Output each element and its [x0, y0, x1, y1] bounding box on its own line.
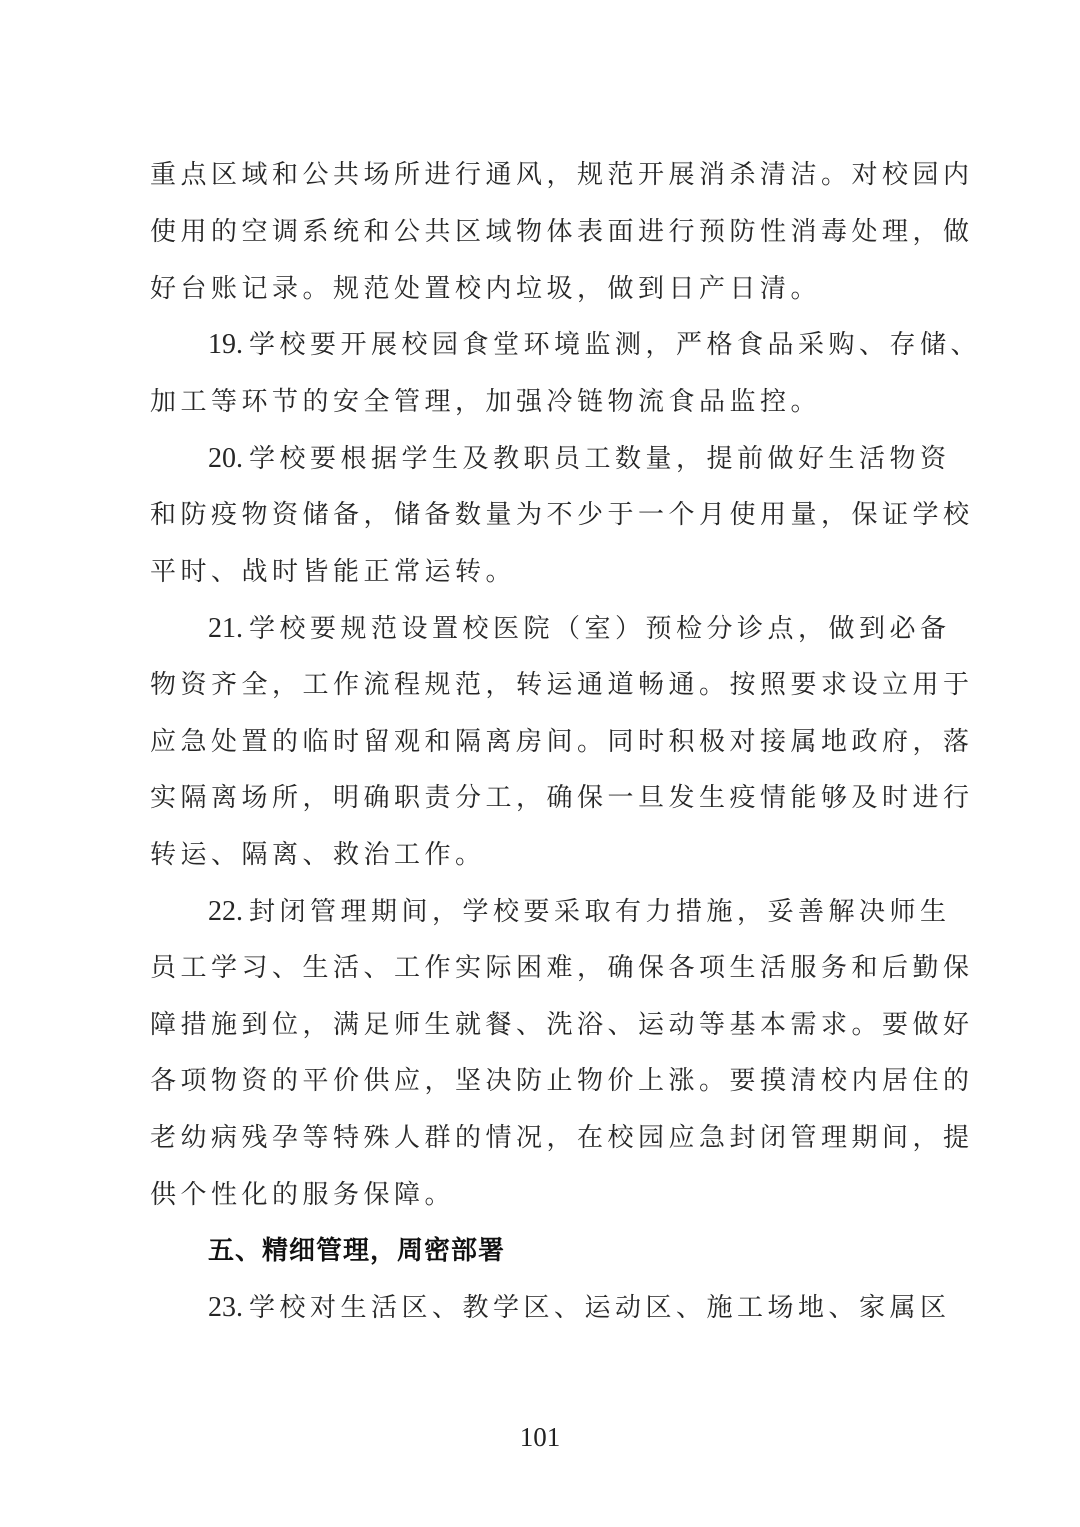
paragraph-text: 学校对生活区、教学区、运动区、施工场地、家属区	[249, 1293, 951, 1323]
item-number: 20.	[208, 443, 243, 474]
paragraph-text: 学校要规范设置校医院（室）预检分诊点，做到必备	[249, 614, 951, 644]
paragraph-line: 和防疫物资储备，储备数量为不少于一个月使用量，保证学校	[150, 495, 946, 535]
item-number: 23.	[208, 1292, 243, 1323]
paragraph-text: 封闭管理期间，学校要采取有力措施，妥善解决师生	[249, 897, 951, 927]
paragraph-21-first-line: 21.学校要规范设置校医院（室）预检分诊点，做到必备	[208, 609, 946, 649]
paragraph-23-first-line: 23.学校对生活区、教学区、运动区、施工场地、家属区	[208, 1288, 946, 1328]
item-number: 22.	[208, 896, 243, 927]
paragraph-line: 员工学习、生活、工作实际困难，确保各项生活服务和后勤保	[150, 948, 946, 988]
paragraph-line: 实隔离场所，明确职责分工，确保一旦发生疫情能够及时进行	[150, 778, 946, 818]
paragraph-line: 转运、隔离、救治工作。	[150, 835, 946, 875]
paragraph-line: 老幼病残孕等特殊人群的情况，在校园应急封闭管理期间，提	[150, 1118, 946, 1158]
item-number: 19.	[208, 329, 243, 360]
paragraph-line: 好台账记录。规范处置校内垃圾，做到日产日清。	[150, 269, 946, 309]
page-number: 101	[0, 1422, 1080, 1453]
paragraph-line: 重点区域和公共场所进行通风，规范开展消杀清洁。对校园内	[150, 155, 946, 195]
paragraph-line: 使用的空调系统和公共区域物体表面进行预防性消毒处理，做	[150, 212, 946, 252]
paragraph-19-first-line: 19.学校要开展校园食堂环境监测，严格食品采购、存储、	[208, 325, 946, 365]
paragraph-line: 平时、战时皆能正常运转。	[150, 552, 946, 592]
section-heading: 五、精细管理，周密部署	[208, 1231, 505, 1271]
paragraph-22-first-line: 22.封闭管理期间，学校要采取有力措施，妥善解决师生	[208, 892, 946, 932]
paragraph-text: 学校要开展校园食堂环境监测，严格食品采购、存储、	[249, 330, 981, 360]
paragraph-line: 各项物资的平价供应，坚决防止物价上涨。要摸清校内居住的	[150, 1061, 946, 1101]
paragraph-line: 供个性化的服务保障。	[150, 1175, 946, 1215]
item-number: 21.	[208, 613, 243, 644]
paragraph-20-first-line: 20.学校要根据学生及教职员工数量，提前做好生活物资	[208, 439, 946, 479]
paragraph-line: 障措施到位，满足师生就餐、洗浴、运动等基本需求。要做好	[150, 1005, 946, 1045]
paragraph-line: 物资齐全，工作流程规范，转运通道畅通。按照要求设立用于	[150, 665, 946, 705]
paragraph-text: 学校要根据学生及教职员工数量，提前做好生活物资	[249, 444, 951, 474]
paragraph-line: 应急处置的临时留观和隔离房间。同时积极对接属地政府，落	[150, 722, 946, 762]
paragraph-line: 加工等环节的安全管理，加强冷链物流食品监控。	[150, 382, 946, 422]
